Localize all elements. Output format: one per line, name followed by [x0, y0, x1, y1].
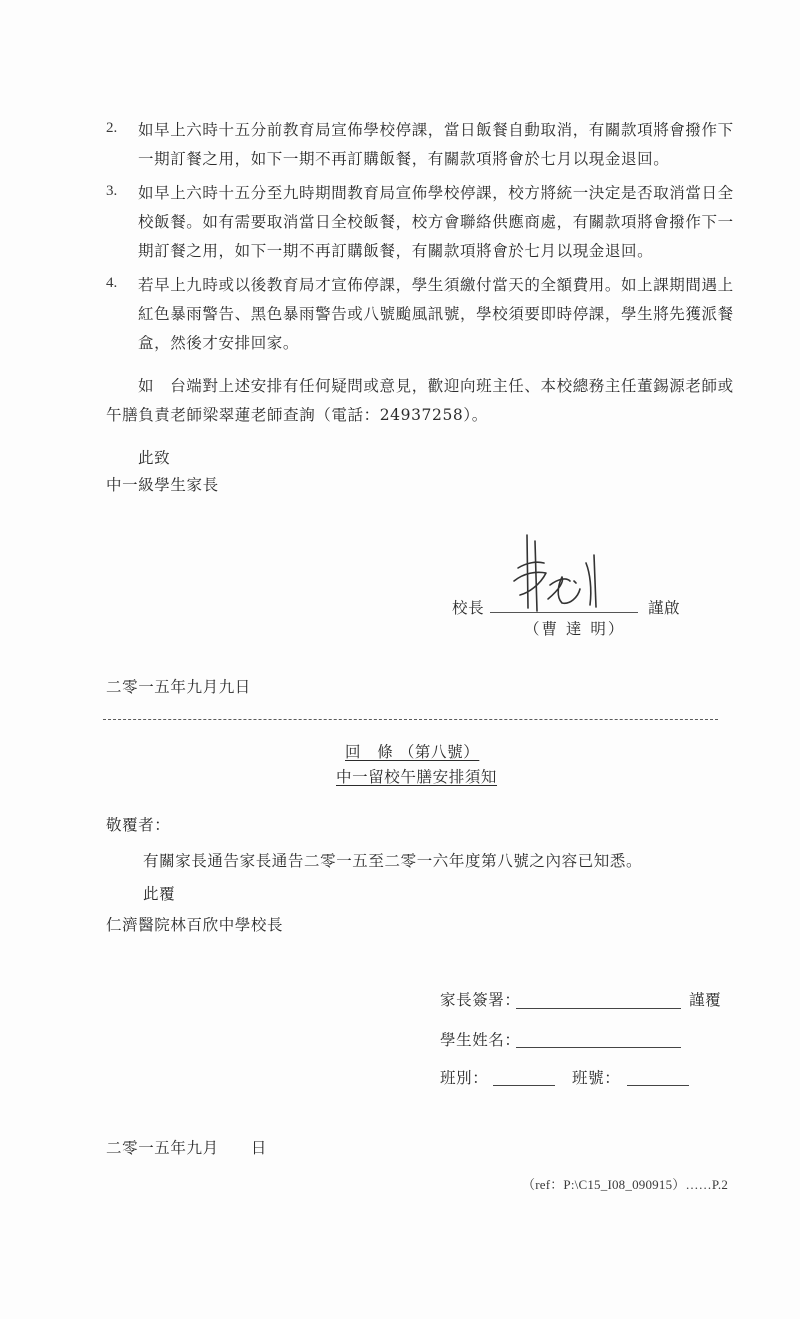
principal-title: 校長 [452, 598, 484, 618]
class-label: 班別： [440, 1068, 488, 1088]
item-4-line-2: 紅色暴雨警告、黑色暴雨警告或八號颱風訊號，學校須要即時停課，學生將先獲派餐 [138, 304, 734, 324]
parent-signature-label: 家長簽署： [440, 990, 521, 1010]
student-name-label: 學生姓名： [440, 1030, 521, 1050]
parent-signature-field[interactable] [516, 989, 681, 1009]
enquiry-line-2: 午膳負責老師梁翠蓮老師查詢（電話：24937258）。 [106, 405, 488, 425]
class-number-label: 班號： [572, 1068, 620, 1088]
item-2-line-1: 如早上六時十五分前教育局宣佈學校停課，當日飯餐自動取消，有關款項將會撥作下 [138, 120, 734, 140]
item-number: 2. [106, 120, 117, 137]
tear-off-line [103, 719, 718, 720]
notice-date: 二零一五年九月九日 [106, 677, 251, 697]
parent-signature-suffix: 謹覆 [689, 990, 721, 1010]
reply-greeting: 敬覆者： [106, 815, 170, 835]
closing-phrase: 此致 [138, 448, 170, 468]
reply-recipient: 仁濟醫院林百欣中學校長 [106, 915, 283, 935]
enquiry-line-1: 如 台端對上述安排有任何疑問或意見，歡迎向班主任、本校總務主任董錫源老師或 [138, 376, 734, 396]
item-number: 4. [106, 275, 117, 292]
principal-signature-line [490, 612, 638, 613]
item-2-line-2: 一期訂餐之用，如下一期不再訂購飯餐，有關款項將會於七月以現金退回。 [138, 149, 669, 169]
item-4-line-1: 若早上九時或以後教育局才宣佈停課，學生須繳付當天的全額費用。如上課期間遇上 [138, 275, 734, 295]
item-3-line-2: 校飯餐。如有需要取消當日全校飯餐，校方會聯絡供應商處，有關款項將會撥作下一 [138, 212, 734, 232]
reply-closing: 此覆 [143, 884, 175, 904]
handwritten-signature [500, 533, 620, 613]
class-number-field[interactable] [627, 1066, 689, 1086]
item-number: 3. [106, 183, 117, 200]
reply-date: 二零一五年九月 日 [106, 1138, 267, 1158]
reply-body: 有關家長通告家長通告二零一五至二零一六年度第八號之內容已知悉。 [143, 851, 642, 871]
student-name-field[interactable] [516, 1028, 681, 1048]
item-4-line-3: 盒，然後才安排回家。 [138, 333, 299, 353]
principal-name: （曹 達 明） [524, 619, 625, 639]
reply-slip-title: 回 條 （第八號） [345, 742, 479, 762]
signature-suffix: 謹啟 [648, 598, 680, 618]
class-field[interactable] [493, 1066, 555, 1086]
document-page: 2. 如早上六時十五分前教育局宣佈學校停課，當日飯餐自動取消，有關款項將會撥作下… [0, 0, 800, 1319]
reply-slip-subtitle: 中一留校午膳安排須知 [336, 767, 497, 787]
item-3-line-1: 如早上六時十五分至九時期間教育局宣佈學校停課，校方將統一決定是否取消當日全 [138, 183, 734, 203]
item-3-line-3: 期訂餐之用，如下一期不再訂購飯餐，有關款項將會於七月以現金退回。 [138, 241, 653, 261]
document-reference: （ref：P:\C15_I08_090915）……P.2 [522, 1174, 728, 1193]
recipient: 中一級學生家長 [106, 475, 219, 495]
